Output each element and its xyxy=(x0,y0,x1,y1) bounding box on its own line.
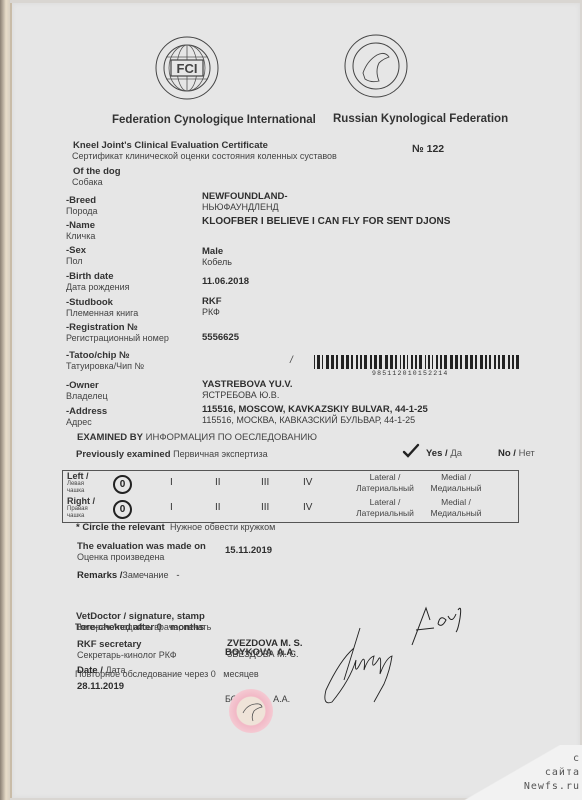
certificate-title-ru: Сертификат клинической оценки состояния … xyxy=(72,151,337,162)
birth-date-value: 11.06.2018 xyxy=(202,276,249,287)
sex-label: -Sex Пол xyxy=(66,245,196,267)
grade-III-left[interactable]: III xyxy=(261,477,269,488)
registration-value: 5556625 xyxy=(202,332,239,343)
previously-examined: Previously examined Первичная экспертиза xyxy=(76,449,268,460)
studbook-value: RKF РКФ xyxy=(202,296,222,318)
studbook-label: -Studbook Племенная книга xyxy=(66,297,196,319)
date-value: 28.11.2019 xyxy=(77,681,124,692)
rkf-logo-icon xyxy=(343,33,409,99)
lateral-left[interactable]: Lateral / xyxy=(350,472,420,482)
remarks-value: - xyxy=(176,570,179,581)
medial-left[interactable]: Medial / xyxy=(421,472,491,482)
svg-text:FCI: FCI xyxy=(177,61,198,76)
evaluation-date-label: The evaluation was made on Оценка произв… xyxy=(77,541,206,563)
certificate-title-en: Kneel Joint's Clinical Evaluation Certif… xyxy=(73,140,268,151)
address-value: 115516, MOSCOW, KAVKAZSKIY BULVAR, 44-1-… xyxy=(202,404,428,426)
stamp-dog-icon xyxy=(229,689,273,733)
paper-edge xyxy=(0,0,10,800)
lateral-right[interactable]: Lateral / xyxy=(350,497,420,507)
chip-label: -Tatoo/chip № Татуировка/Чип № xyxy=(66,350,196,372)
grade-II-left[interactable]: II xyxy=(215,477,221,488)
signature-marks xyxy=(320,600,460,710)
patella-grade-table: Left / Левая чашка 0 I II III IV Lateral… xyxy=(62,470,519,523)
chip-value: / xyxy=(290,355,293,366)
owner-value: YASTREBOVA YU.V. ЯСТРЕБОВА Ю.В. xyxy=(202,379,292,401)
evaluation-date-value: 15.11.2019 xyxy=(225,545,272,556)
certificate-number: № 122 xyxy=(412,144,444,155)
checkmark-icon xyxy=(403,444,419,458)
grade-IV-right[interactable]: IV xyxy=(303,502,312,513)
date-label: Date / Дата xyxy=(77,665,125,676)
chip-barcode xyxy=(314,355,521,369)
grade-I-left[interactable]: I xyxy=(170,477,173,488)
previously-no-option[interactable]: No / Нет xyxy=(498,448,535,459)
grade-0-right[interactable]: 0 xyxy=(113,500,132,519)
birth-date-label: -Birth date Дата рождения xyxy=(66,271,196,293)
circle-note: * Circle the relevant Нужное обвести кру… xyxy=(76,522,275,533)
secretary-name: ZVEZDOVA M. S. ЗВЕЗДОВА М. С. xyxy=(227,638,302,660)
examined-by-heading: EXAMINED BY ИНФОРМАЦИЯ ПО ОЕСЛЕДОВАНИЮ xyxy=(77,432,317,443)
grade-row-left: Left / Левая чашка 0 I II III IV Lateral… xyxy=(63,471,518,496)
breed-value: NEWFOUNDLAND- НЬЮФАУНДЛЕНД xyxy=(202,191,288,213)
fci-logo-icon: FCI xyxy=(154,35,220,101)
rkf-title: Russian Kynological Federation xyxy=(333,113,508,125)
site-watermark: с сайта Newfs.ru xyxy=(462,745,582,800)
rkf-stamp-icon xyxy=(229,689,273,733)
breed-label: -Breed Порода xyxy=(66,195,196,217)
owner-label: -Owner Владелец xyxy=(66,380,196,402)
chip-barcode-number: 985112010152214 xyxy=(372,370,449,377)
registration-label: -Registration № Регистрационный номер xyxy=(66,322,196,344)
fci-title: Federation Cynologique International xyxy=(112,114,316,126)
name-label: -Name Кличка xyxy=(66,220,196,242)
grade-III-right[interactable]: III xyxy=(261,502,269,513)
address-label: -Address Адрес xyxy=(66,406,196,428)
grade-0-left[interactable]: 0 xyxy=(113,475,132,494)
secretary-label: RKF secretary Секретарь-кинолог РКФ xyxy=(77,639,177,661)
previously-yes-option[interactable]: Yes / Да xyxy=(426,448,462,459)
grade-row-right: Right / Правая чашка 0 I II III IV Later… xyxy=(63,496,518,521)
sex-value: Male Кобель xyxy=(202,246,232,268)
remarks: Remarks /Замечание - xyxy=(77,570,180,581)
medial-right[interactable]: Medial / xyxy=(421,497,491,507)
of-the-dog-en: Of the dog xyxy=(73,166,121,177)
vet-label: VetDoctor / signature, stamp Ветврач / п… xyxy=(76,611,211,633)
grade-II-right[interactable]: II xyxy=(215,502,221,513)
grade-IV-left[interactable]: IV xyxy=(303,477,312,488)
grade-I-right[interactable]: I xyxy=(170,502,173,513)
name-value: KLOOFBER I BELIEVE I CAN FLY FOR SENT DJ… xyxy=(202,216,450,227)
of-the-dog-ru: Собака xyxy=(72,177,103,188)
